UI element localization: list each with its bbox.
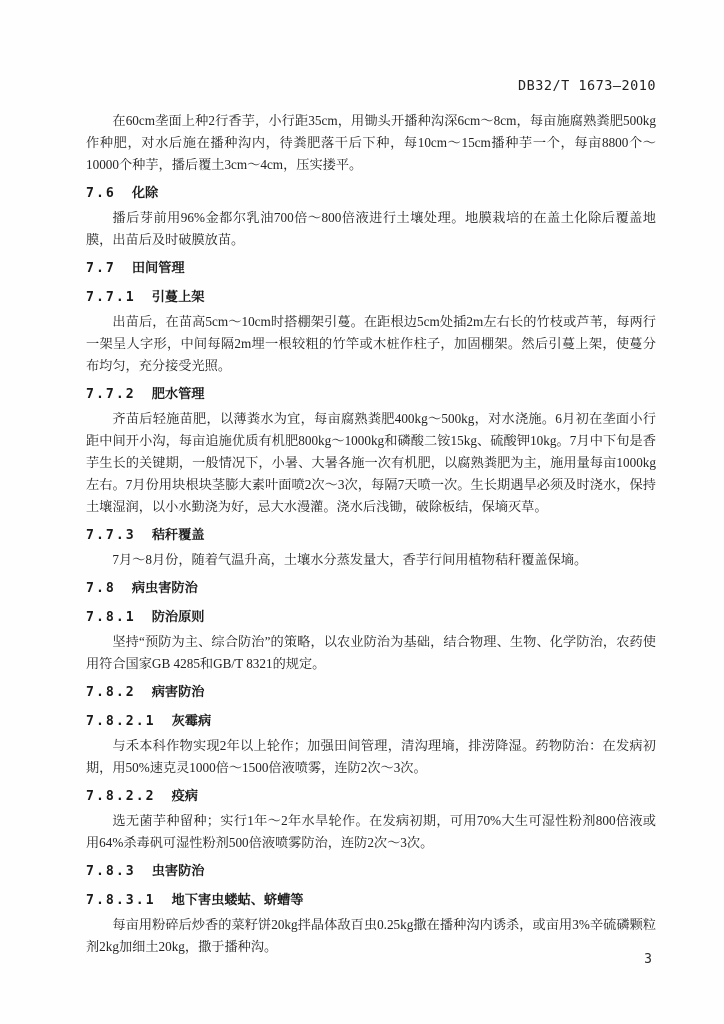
heading-number: 7.8.2.2 bbox=[86, 789, 156, 804]
heading-number: 7.8.3.1 bbox=[86, 893, 156, 908]
section-heading-7.8.3: 7.8.3虫害防治 bbox=[86, 860, 656, 883]
heading-number: 7.7.3 bbox=[86, 528, 136, 543]
section-heading-7.7.2: 7.7.2肥水管理 bbox=[86, 383, 656, 406]
body-paragraph: 7月～8月份，随着气温升高，土壤水分蒸发量大，香芋行间用植物秸秆覆盖保墒。 bbox=[86, 549, 656, 571]
body-paragraph: 选无菌芋种留种；实行1年～2年水旱轮作。在发病初期，可用70%大生可湿性粉剂80… bbox=[86, 810, 656, 854]
heading-title: 病害防治 bbox=[152, 684, 205, 699]
section-heading-7.7.1: 7.7.1引蔓上架 bbox=[86, 286, 656, 309]
heading-title: 田间管理 bbox=[132, 260, 185, 275]
section-heading-7.8.2.2: 7.8.2.2疫病 bbox=[86, 785, 656, 808]
heading-number: 7.8.2.1 bbox=[86, 714, 156, 729]
section-heading-7.8.2.1: 7.8.2.1灰霉病 bbox=[86, 710, 656, 733]
section-heading-7.8.1: 7.8.1防治原则 bbox=[86, 606, 656, 629]
document-page: DB32/T 1673—2010 在60cm垄面上种2行香芋，小行距35cm，用… bbox=[0, 0, 724, 1024]
heading-number: 7.8.1 bbox=[86, 610, 136, 625]
heading-title: 肥水管理 bbox=[152, 386, 205, 401]
body-paragraph: 与禾本科作物实现2年以上轮作；加强田间管理，清沟理墒，排涝降湿。药物防治：在发病… bbox=[86, 735, 656, 779]
page-number: 3 bbox=[644, 952, 652, 967]
heading-title: 病虫害防治 bbox=[132, 580, 198, 595]
body-paragraph: 在60cm垄面上种2行香芋，小行距35cm，用锄头开播种沟深6cm～8cm，每亩… bbox=[86, 110, 656, 176]
heading-title: 疫病 bbox=[172, 788, 198, 803]
section-heading-7.8: 7.8病虫害防治 bbox=[86, 577, 656, 600]
standard-number-header: DB32/T 1673—2010 bbox=[86, 78, 656, 94]
heading-title: 秸秆覆盖 bbox=[152, 527, 205, 542]
heading-number: 7.6 bbox=[86, 186, 116, 201]
heading-title: 防治原则 bbox=[152, 609, 205, 624]
body-paragraph: 出苗后，在苗高5cm～10cm时搭棚架引蔓。在距根边5cm处插2m左右长的竹枝或… bbox=[86, 311, 656, 377]
section-heading-7.6: 7.6化除 bbox=[86, 182, 656, 205]
section-heading-7.7.3: 7.7.3秸秆覆盖 bbox=[86, 524, 656, 547]
heading-title: 化除 bbox=[132, 185, 158, 200]
heading-title: 灰霉病 bbox=[172, 713, 212, 728]
heading-number: 7.8.3 bbox=[86, 864, 136, 879]
heading-title: 引蔓上架 bbox=[152, 289, 205, 304]
body-paragraph: 坚持“预防为主、综合防治”的策略，以农业防治为基础，结合物理、生物、化学防治，农… bbox=[86, 631, 656, 675]
heading-number: 7.8.2 bbox=[86, 685, 136, 700]
section-heading-7.8.2: 7.8.2病害防治 bbox=[86, 681, 656, 704]
body-paragraph: 齐苗后轻施苗肥，以薄粪水为宜，每亩腐熟粪肥400kg～500kg，对水浇施。6月… bbox=[86, 408, 656, 518]
body-paragraph: 每亩用粉碎后炒香的菜籽饼20kg拌晶体敌百虫0.25kg撒在播种沟内诱杀，或亩用… bbox=[86, 914, 656, 958]
heading-number: 7.7 bbox=[86, 261, 116, 276]
body-paragraph: 播后芽前用96%金都尔乳油700倍～800倍液进行土壤处理。地膜栽培的在盖土化除… bbox=[86, 207, 656, 251]
heading-number: 7.7.2 bbox=[86, 387, 136, 402]
heading-number: 7.7.1 bbox=[86, 290, 136, 305]
heading-title: 虫害防治 bbox=[152, 863, 205, 878]
document-content: DB32/T 1673—2010 在60cm垄面上种2行香芋，小行距35cm，用… bbox=[86, 78, 656, 960]
heading-number: 7.8 bbox=[86, 581, 116, 596]
heading-title: 地下害虫蝼蛄、蛴螬等 bbox=[172, 892, 304, 907]
section-heading-7.8.3.1: 7.8.3.1地下害虫蝼蛄、蛴螬等 bbox=[86, 889, 656, 912]
document-body: 在60cm垄面上种2行香芋，小行距35cm，用锄头开播种沟深6cm～8cm，每亩… bbox=[86, 110, 656, 958]
section-heading-7.7: 7.7田间管理 bbox=[86, 257, 656, 280]
